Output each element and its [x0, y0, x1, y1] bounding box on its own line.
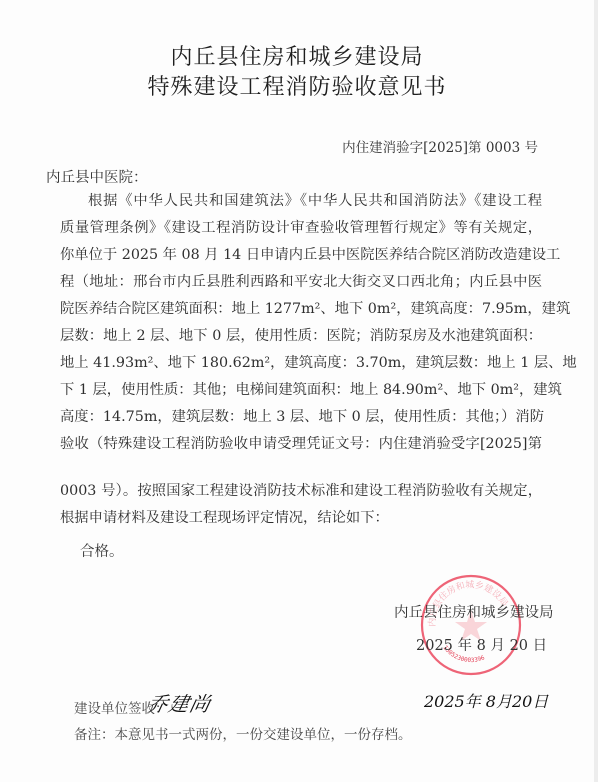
body-line: 高度：14.75m，建筑层数：地上 3 层、地下 0 层，使用性质：其他；）消防 [60, 407, 542, 427]
document-page: 内丘县住房和城乡建设局 特殊建设工程消防验收意见书 内住建消验字[2025]第 … [0, 0, 594, 782]
body-line: 你单位于 2025 年 08 月 14 日申请内丘县中医院医养结合院区消防改造建… [60, 245, 542, 265]
body-line: 地上 41.93m²、地下 180.62m²，建筑高度：3.70m，建筑层数：地… [60, 353, 542, 373]
document-title: 特殊建设工程消防验收意见书 [0, 70, 594, 101]
page-edge [594, 0, 598, 782]
body-line: 层数：地上 2 层、地下 0 层，使用性质：医院；消防泵房及水池建筑面积： [60, 326, 542, 346]
remark-note: 备注：本意见书一式两份，一份交建设单位，一份存档。 [74, 723, 412, 743]
conclusion: 合格。 [80, 540, 124, 561]
body-line: 质量管理条例》《建设工程消防设计审查验收管理暂行规定》等有关规定， [60, 218, 542, 238]
handwritten-signature: 乔建尚 [145, 688, 214, 717]
body-line: 根据申请材料及建设工程现场评定情况，结论如下： [60, 508, 542, 528]
official-seal-icon: 内丘县住房和城乡建设局 1305230003396 [418, 572, 524, 678]
issuing-authority-title: 内丘县住房和城乡建设局 [0, 40, 594, 71]
issuer-name: 内丘县住房和城乡建设局 [394, 601, 554, 622]
body-line: 验收（特殊建设工程消防验收申请受理凭证文号：内住建消验受字[2025]第 [60, 434, 542, 454]
body-line: 下 1 层，使用性质：其他；电梯间建筑面积：地上 84.90m²、地下 0m²，… [60, 380, 542, 400]
body-line: 院医养结合院区建筑面积：地上 1277m²、地下 0m²，建筑高度：7.95m，… [60, 299, 542, 319]
body-line: 程（地址：邢台市内丘县胜利西路和平安北大街交叉口西北角；内丘县中医 [60, 272, 542, 292]
recipient: 内丘县中医院： [46, 166, 148, 187]
body-line: 0003 号）。按照国家工程建设消防技术标准和建设工程消防验收有关规定， [60, 481, 542, 501]
handwritten-date: 2025年 8月20日 [424, 689, 548, 712]
body-line: 根据《中华人民共和国建筑法》《中华人民共和国消防法》《建设工程 [88, 191, 542, 211]
issue-date: 2025 年 8 月 20 日 [416, 634, 547, 655]
document-number: 内住建消验字[2025]第 0003 号 [342, 136, 538, 156]
